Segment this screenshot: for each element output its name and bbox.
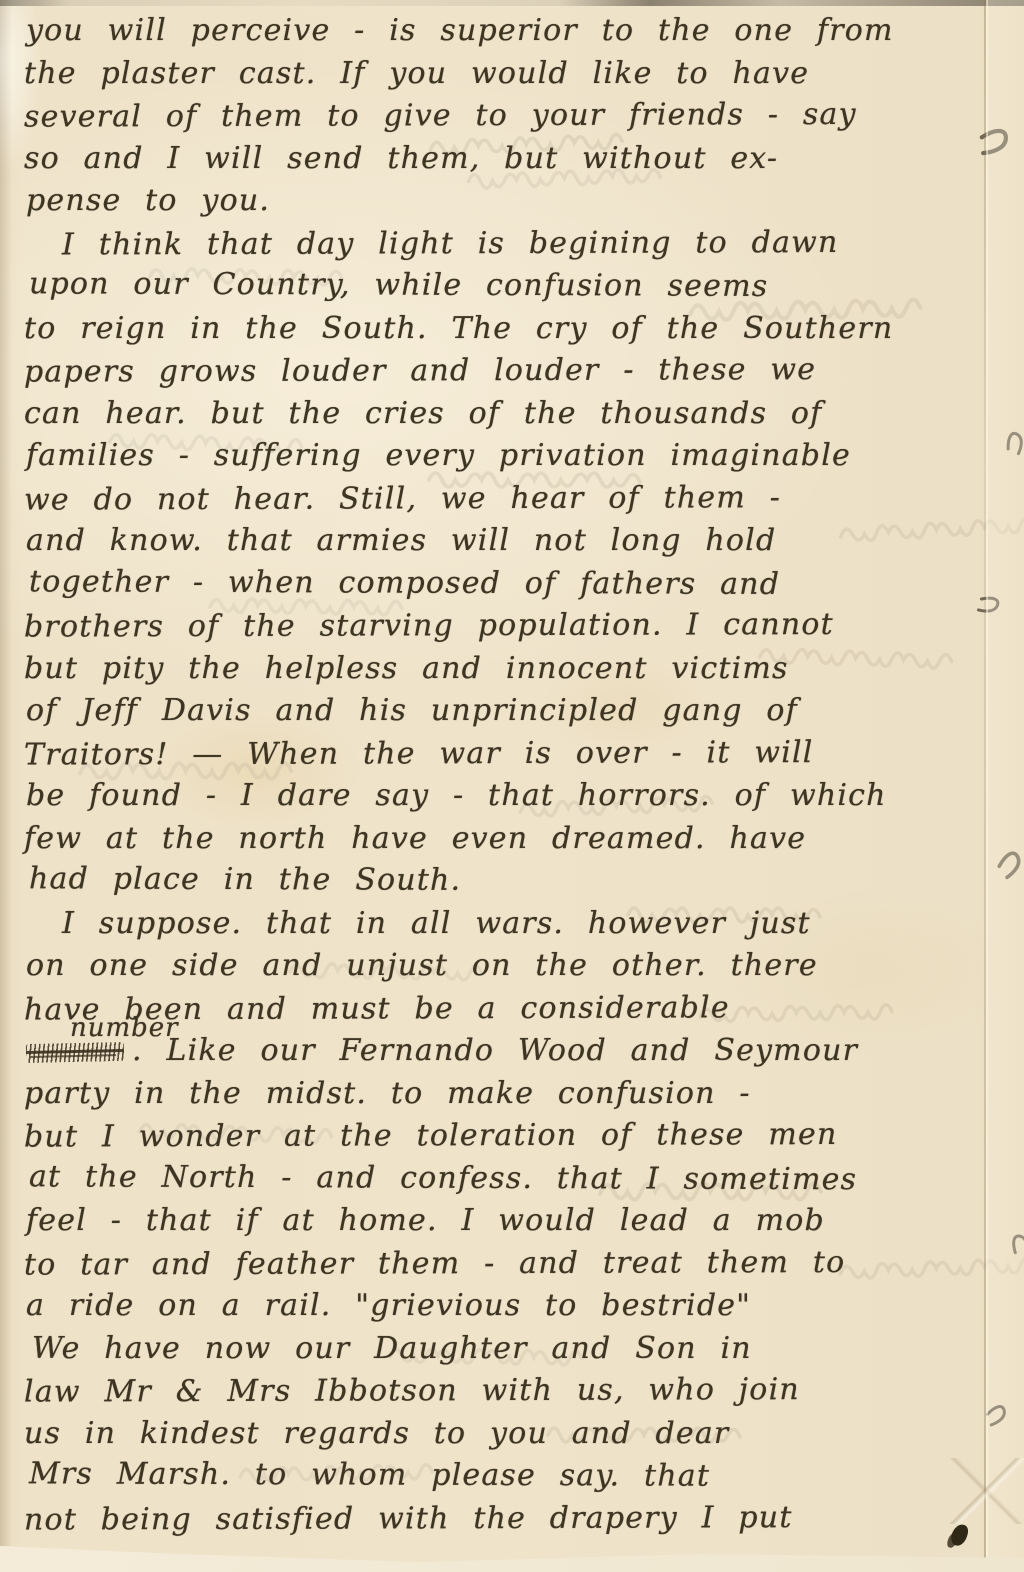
letter-line: party in the midst. to make confusion -: [24, 1073, 1009, 1116]
letter-page: you will perceive - is superior to the o…: [0, 0, 1024, 1566]
letter-line: be found - I dare say - that horrors. of…: [26, 775, 1011, 818]
letter-line: we do not hear. Still, we hear of them -: [24, 476, 1009, 522]
struck-word-scribble: [26, 1042, 124, 1063]
letter-line: together - when composed of fathers and: [29, 561, 1014, 607]
letter-line: I suppose. that in all wars. however jus…: [24, 903, 1009, 946]
letter-line: and know. that armies will not long hold: [26, 520, 1011, 563]
page-edge-shadow: [0, 0, 1024, 6]
letter-line-text: . Like our Fernando Wood and Seymour: [132, 1033, 858, 1068]
letter-line: law Mr & Mrs Ibbotson with us, who join: [24, 1368, 1009, 1414]
letter-line: not being satisfied with the drapery I p…: [24, 1496, 1009, 1542]
letter-line: had place in the South.: [29, 858, 1014, 904]
letter-line: but I wonder at the toleration of these …: [24, 1113, 1009, 1159]
letter-line-correction: number. Like our Fernando Wood and Seymo…: [26, 1030, 1011, 1073]
letter-line: brothers of the starving population. I c…: [24, 603, 1009, 649]
letter-line: you will perceive - is superior to the o…: [26, 10, 1011, 53]
letter-line: at the North - and confess. that I somet…: [29, 1156, 1014, 1202]
letter-line: the plaster cast. If you would like to h…: [24, 53, 1009, 96]
letter-line: so and I will send them, but without ex-: [24, 138, 1009, 181]
letter-line: few at the north have even dreamed. have: [24, 818, 1009, 861]
letter-line: several of them to give to your friends …: [24, 93, 1009, 139]
letter-line: feel - that if at home. I would lead a m…: [26, 1200, 1011, 1243]
scan-background: you will perceive - is superior to the o…: [0, 0, 1024, 1572]
letter-line: on one side and unjust on the other. the…: [26, 945, 1011, 988]
letter-line: papers grows louder and louder - these w…: [24, 348, 1009, 394]
letter-line: pense to you.: [26, 180, 1011, 223]
letter-line: to tar and feather them - and treat them…: [24, 1241, 1009, 1287]
letter-line: I think that day light is begining to da…: [24, 221, 1009, 267]
letter-line: families - suffering every privation ima…: [26, 435, 1011, 478]
letter-line: We have now our Daughter and Son in: [24, 1328, 1009, 1371]
letter-line: can hear. but the cries of the thousands…: [24, 393, 1009, 436]
letter-line: upon our Country, while confusion seems: [29, 263, 1014, 309]
letter-line: us in kindest regards to you and dear: [24, 1413, 1009, 1456]
letter-line: Mrs Marsh. to whom please say. that: [29, 1453, 1014, 1499]
letter-line: of Jeff Davis and his unprincipled gang …: [26, 690, 1011, 733]
letter-line: to reign in the South. The cry of the So…: [24, 308, 1009, 351]
letter-line: a ride on a rail. "grievious to bestride…: [26, 1285, 1011, 1328]
letter-line: but pity the helpless and innocent victi…: [24, 648, 1009, 691]
page-edge-left-shade: [0, 0, 12, 1546]
letter-body: you will perceive - is superior to the o…: [24, 10, 1009, 1540]
letter-line: Traitors! — When the war is over - it wi…: [24, 731, 1009, 777]
